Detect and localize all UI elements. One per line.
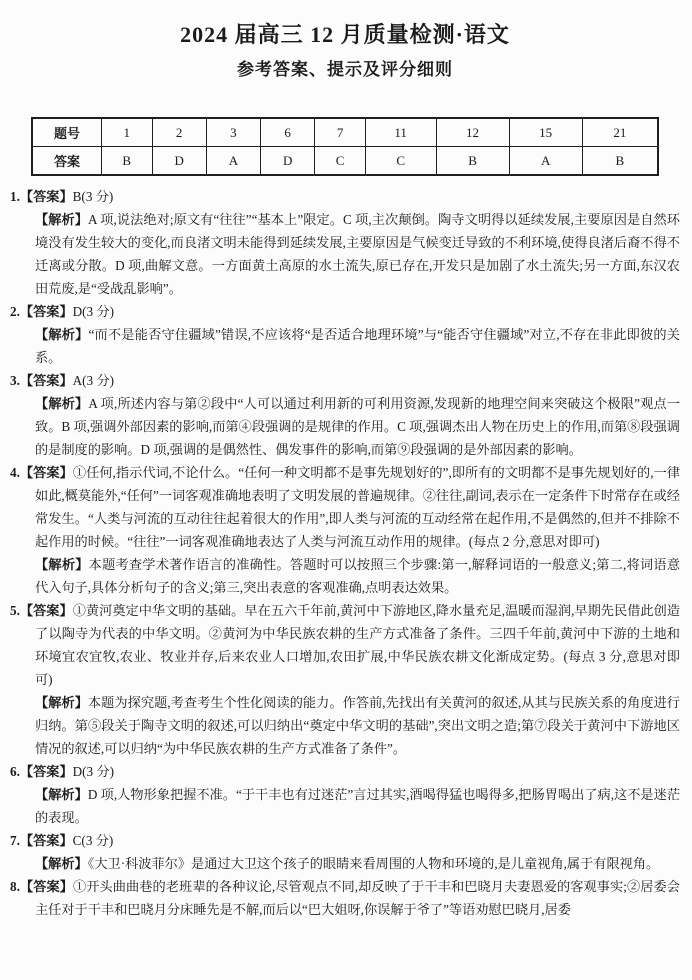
answer-label: 【答案】: [20, 879, 73, 894]
question-number-cell: 12: [436, 118, 509, 147]
answer-cell: C: [365, 147, 436, 176]
analysis-label: 【解析】: [35, 856, 88, 871]
analysis-text: 本题为探究题,考查考生个性化阅读的能力。作答前,先找出有关黄河的叙述,从其与民族…: [35, 695, 680, 756]
question-number: 3.: [10, 373, 20, 388]
answer-paragraph: 6.【答案】D(3 分): [35, 760, 680, 783]
answer-section-3: 3.【答案】A(3 分) 【解析】A 项,所述内容与第②段中“人可以通过利用新的…: [10, 369, 680, 461]
question-number: 4.: [10, 465, 20, 480]
answer-cell: D: [152, 147, 206, 176]
analysis-text: D 项,人物形象把握不准。“于干丰也有过迷茫”言过其实,酒喝得猛也喝得多,把肠胃…: [35, 787, 680, 825]
analysis-text: “而不是能否守住疆域”错误,不应该将“是否适合地理环境”与“能否守住疆域”对立,…: [35, 327, 680, 365]
analysis-label: 【解析】: [35, 557, 89, 572]
question-number-cell: 15: [509, 118, 582, 147]
question-number-cell: 3: [206, 118, 260, 147]
analysis-paragraph: 【解析】《大卫·科波菲尔》是通过大卫这个孩子的眼睛来看周围的人物和环境的,是儿童…: [35, 852, 680, 875]
answer-explanations: 1.【答案】B(3 分) 【解析】A 项,说法绝对;原文有“往往”“基本上”限定…: [10, 185, 680, 921]
answer-section-2: 2.【答案】D(3 分) 【解析】“而不是能否守住疆域”错误,不应该将“是否适合…: [10, 300, 680, 369]
question-number-cell: 1: [102, 118, 153, 147]
answer-label: 【答案】: [20, 603, 73, 618]
answer-text: D(3 分): [73, 304, 114, 319]
answer-text: A(3 分): [73, 373, 114, 388]
analysis-label: 【解析】: [35, 695, 88, 710]
question-number-cell: 21: [582, 118, 658, 147]
answer-paragraph: 4.【答案】①任何,指示代词,不论什么。“任何一种文明都不是事先规划好的”,即所…: [35, 461, 680, 553]
answer-text: ①开头曲曲巷的老班辈的各种议论,尽管观点不同,却反映了于干丰和巴晓月夫妻恩爱的客…: [35, 879, 680, 917]
answer-text: B(3 分): [73, 189, 114, 204]
answer-label: 【答案】: [20, 373, 73, 388]
answer-text: ①黄河奠定中华文明的基础。早在五六千年前,黄河中下游地区,降水量充足,温暖而湿润…: [35, 603, 680, 687]
analysis-text: A 项,所述内容与第②段中“人可以通过利用新的可利用资源,发现新的地理空间来突破…: [35, 396, 680, 457]
answer-text: D(3 分): [73, 764, 114, 779]
question-number: 8.: [10, 879, 20, 894]
analysis-label: 【解析】: [35, 212, 88, 227]
answer-paragraph: 3.【答案】A(3 分): [35, 369, 680, 392]
question-number: 7.: [10, 833, 20, 848]
page-subtitle: 参考答案、提示及评分细则: [10, 55, 680, 80]
analysis-paragraph: 【解析】本题为探究题,考查考生个性化阅读的能力。作答前,先找出有关黄河的叙述,从…: [35, 691, 680, 760]
analysis-paragraph: 【解析】A 项,说法绝对;原文有“往往”“基本上”限定。C 项,主次颠倒。陶寺文…: [35, 208, 680, 300]
answer-label: 【答案】: [20, 465, 73, 480]
analysis-text: 《大卫·科波菲尔》是通过大卫这个孩子的眼睛来看周围的人物和环境的,是儿童视角,属…: [88, 856, 659, 871]
answer-paragraph: 5.【答案】①黄河奠定中华文明的基础。早在五六千年前,黄河中下游地区,降水量充足…: [35, 599, 680, 691]
answer-cell: A: [509, 147, 582, 176]
answer-cell: A: [206, 147, 260, 176]
question-number: 6.: [10, 764, 20, 779]
analysis-label: 【解析】: [35, 327, 89, 342]
answer-section-4: 4.【答案】①任何,指示代词,不论什么。“任何一种文明都不是事先规划好的”,即所…: [10, 461, 680, 599]
question-number-cell: 2: [152, 118, 206, 147]
answer-section-7: 7.【答案】C(3 分) 【解析】《大卫·科波菲尔》是通过大卫这个孩子的眼睛来看…: [10, 829, 680, 875]
answer-section-5: 5.【答案】①黄河奠定中华文明的基础。早在五六千年前,黄河中下游地区,降水量充足…: [10, 599, 680, 760]
analysis-paragraph: 【解析】本题考查学术著作语言的准确性。答题时可以按照三个步骤:第一,解释词语的一…: [35, 553, 680, 599]
answer-section-8: 8.【答案】①开头曲曲巷的老班辈的各种议论,尽管观点不同,却反映了于干丰和巴晓月…: [10, 875, 680, 921]
answer-section-1: 1.【答案】B(3 分) 【解析】A 项,说法绝对;原文有“往往”“基本上”限定…: [10, 185, 680, 300]
answer-paragraph: 8.【答案】①开头曲曲巷的老班辈的各种议论,尽管观点不同,却反映了于干丰和巴晓月…: [35, 875, 680, 921]
answer-paragraph: 1.【答案】B(3 分): [35, 185, 680, 208]
analysis-text: A 项,说法绝对;原文有“往往”“基本上”限定。C 项,主次颠倒。陶寺文明得以延…: [35, 212, 680, 296]
answer-label: 【答案】: [20, 189, 73, 204]
answer-label: 【答案】: [20, 304, 73, 319]
row-header-answer: 答案: [32, 147, 102, 176]
answer-text: ①任何,指示代词,不论什么。“任何一种文明都不是事先规划好的”,即所有的文明都不…: [35, 465, 680, 549]
analysis-text: 本题考查学术著作语言的准确性。答题时可以按照三个步骤:第一,解释词语的一般意义;…: [35, 557, 680, 595]
answer-label: 【答案】: [20, 833, 73, 848]
answer-cell: D: [261, 147, 315, 176]
analysis-label: 【解析】: [35, 396, 88, 411]
answer-cell: B: [582, 147, 658, 176]
answer-cell: B: [436, 147, 509, 176]
question-number: 5.: [10, 603, 20, 618]
answer-cell: C: [315, 147, 366, 176]
question-number: 1.: [10, 189, 20, 204]
analysis-paragraph: 【解析】“而不是能否守住疆域”错误,不应该将“是否适合地理环境”与“能否守住疆域…: [35, 323, 680, 369]
analysis-paragraph: 【解析】A 项,所述内容与第②段中“人可以通过利用新的可利用资源,发现新的地理空…: [35, 392, 680, 461]
answer-label: 【答案】: [20, 764, 73, 779]
question-number-cell: 7: [315, 118, 366, 147]
table-row-question-numbers: 题号 1 2 3 6 7 11 12 15 21: [32, 118, 658, 147]
answer-cell: B: [102, 147, 153, 176]
analysis-label: 【解析】: [35, 787, 88, 802]
document-page: 2024 届高三 12 月质量检测·语文 参考答案、提示及评分细则 题号 1 2…: [0, 0, 692, 980]
analysis-paragraph: 【解析】D 项,人物形象把握不准。“于干丰也有过迷茫”言过其实,酒喝得猛也喝得多…: [35, 783, 680, 829]
answer-paragraph: 2.【答案】D(3 分): [35, 300, 680, 323]
row-header-question-number: 题号: [32, 118, 102, 147]
answer-key-table: 题号 1 2 3 6 7 11 12 15 21 答案 B D A D C C …: [31, 117, 659, 176]
answer-section-6: 6.【答案】D(3 分) 【解析】D 项,人物形象把握不准。“于干丰也有过迷茫”…: [10, 760, 680, 829]
question-number: 2.: [10, 304, 20, 319]
answer-paragraph: 7.【答案】C(3 分): [35, 829, 680, 852]
table-row-answers: 答案 B D A D C C B A B: [32, 147, 658, 176]
question-number-cell: 11: [365, 118, 436, 147]
question-number-cell: 6: [261, 118, 315, 147]
answer-text: C(3 分): [73, 833, 114, 848]
page-title: 2024 届高三 12 月质量检测·语文: [10, 18, 680, 49]
